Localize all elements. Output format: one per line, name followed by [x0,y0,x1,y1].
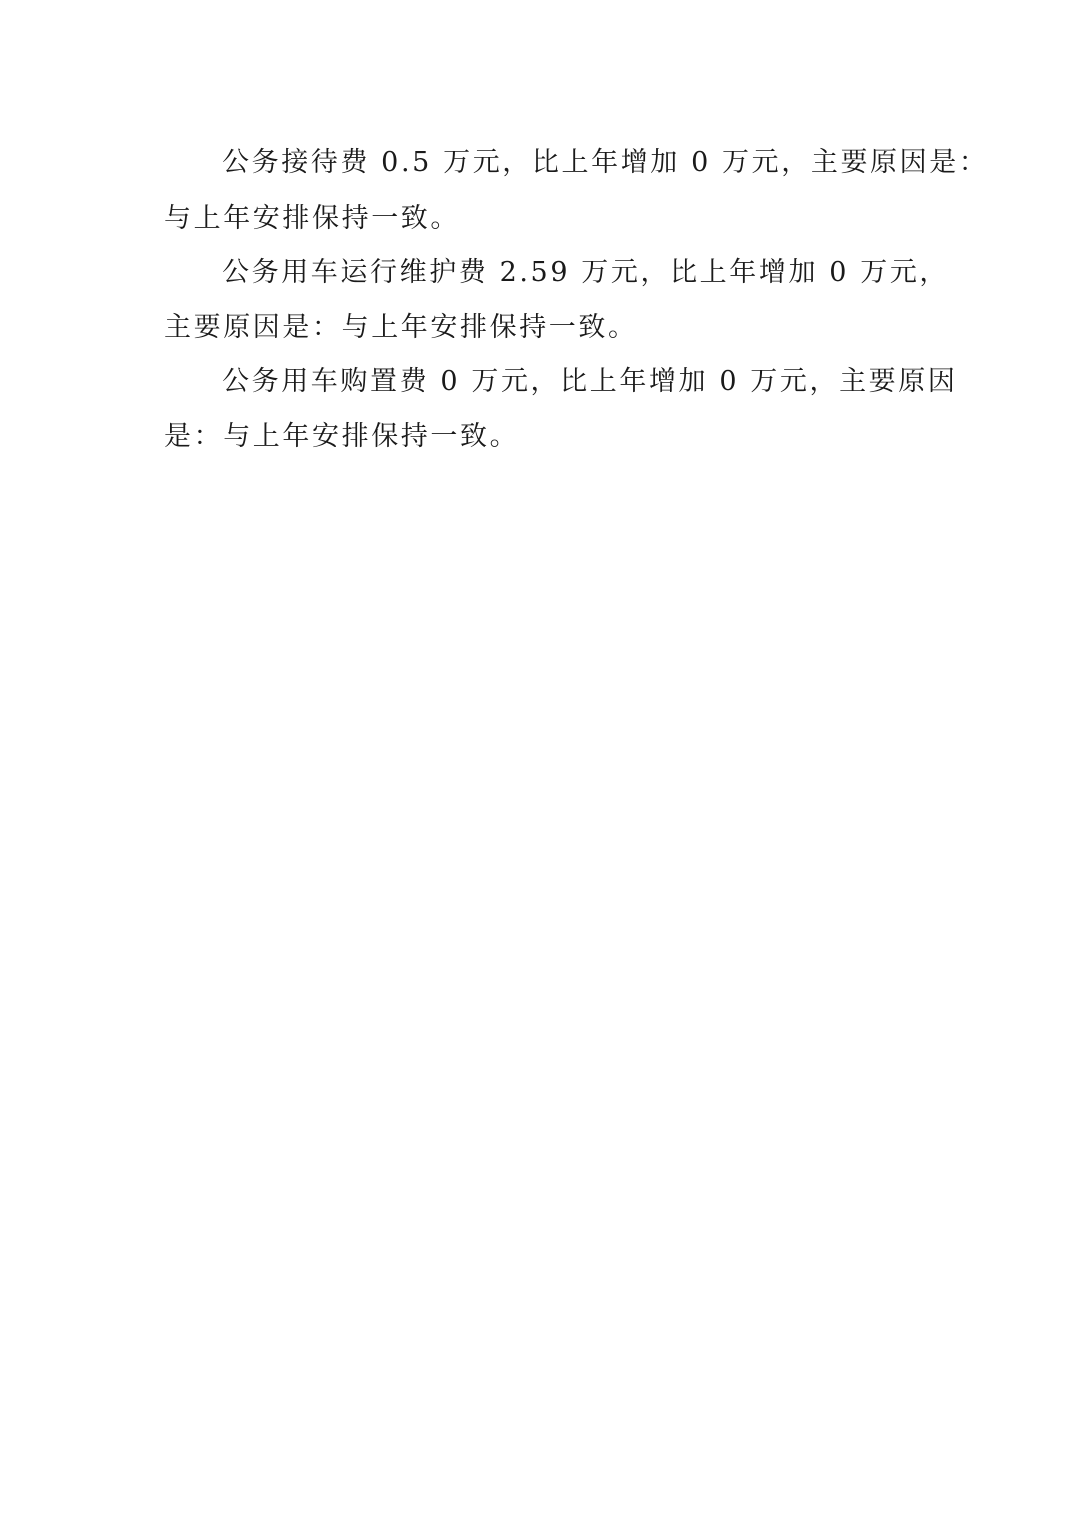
paragraph-reception-fee-line-1: 公务接待费 0.5 万元，比上年增加 0 万元，主要原因是： [222,143,988,183]
document-page: 公务接待费 0.5 万元，比上年增加 0 万元，主要原因是： 与上年安排保持一致… [0,0,1074,1520]
paragraph-vehicle-maintenance-line-2: 主要原因是：与上年安排保持一致。 [164,308,638,348]
paragraph-vehicle-maintenance-line-1: 公务用车运行维护费 2.59 万元，比上年增加 0 万元， [222,253,949,293]
paragraph-reception-fee-line-2: 与上年安排保持一致。 [164,199,460,239]
paragraph-vehicle-purchase-line-2: 是：与上年安排保持一致。 [164,417,519,457]
paragraph-vehicle-purchase-line-1: 公务用车购置费 0 万元，比上年增加 0 万元，主要原因 [222,362,958,402]
